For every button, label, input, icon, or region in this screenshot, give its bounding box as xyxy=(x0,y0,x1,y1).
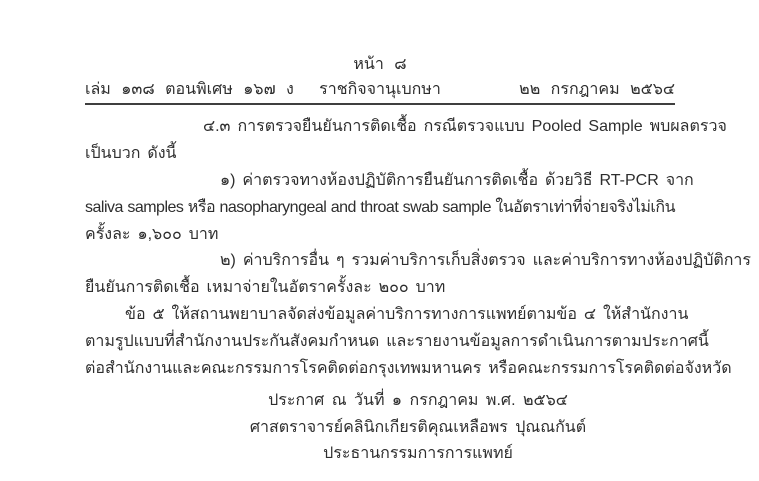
body-line: saliva samples หรือ nasopharyngeal and t… xyxy=(85,195,675,222)
announcement-date-line: ประกาศ ณ วันที่ ๑ กรกฎาคม พ.ศ. ๒๕๖๔ xyxy=(161,388,675,415)
body-line: ๔.๓ การตรวจยืนยันการติดเชื้อ กรณีตรวจแบบ… xyxy=(85,114,675,141)
gazette-header: เล่ม ๑๓๘ ตอนพิเศษ ๑๖๗ ง ราชกิจจานุเบกษา … xyxy=(85,77,675,102)
page-number: หน้า ๘ xyxy=(85,52,675,77)
signer-name: ศาสตราจารย์คลินิกเกียรติคุณเหลือพร ปุณณก… xyxy=(161,415,675,442)
body-line: ๑) ค่าตรวจทางห้องปฏิบัติการยืนยันการติดเ… xyxy=(85,168,675,195)
body-line: ตามรูปแบบที่สำนักงานประกันสังคมกำหนด และ… xyxy=(85,329,675,356)
body-line: ๒) ค่าบริการอื่น ๆ รวมค่าบริการเก็บสิ่งต… xyxy=(85,248,675,275)
publication-date: ๒๒ กรกฎาคม ๒๕๖๔ xyxy=(519,77,675,102)
document-body: ๔.๓ การตรวจยืนยันการติดเชื้อ กรณีตรวจแบบ… xyxy=(85,114,675,383)
body-line: ต่อสำนักงานและคณะกรรมการโรคติดต่อกรุงเทพ… xyxy=(85,356,675,383)
gazette-page: หน้า ๘ เล่ม ๑๓๘ ตอนพิเศษ ๑๖๗ ง ราชกิจจาน… xyxy=(0,0,759,481)
body-line: ยืนยันการติดเชื้อ เหมาจ่ายในอัตราครั้งละ… xyxy=(85,275,675,302)
body-line: เป็นบวก ดังนี้ xyxy=(85,141,675,168)
body-line: ข้อ ๕ ให้สถานพยาบาลจัดส่งข้อมูลค่าบริการ… xyxy=(85,302,675,329)
signer-title: ประธานกรรมการการแพทย์ xyxy=(161,441,675,468)
signature-block: ประกาศ ณ วันที่ ๑ กรกฎาคม พ.ศ. ๒๕๖๔ ศาสต… xyxy=(85,388,675,468)
header-rule xyxy=(85,103,675,105)
body-line: ครั้งละ ๑,๖๐๐ บาท xyxy=(85,222,675,249)
volume-info: เล่ม ๑๓๘ ตอนพิเศษ ๑๖๗ ง xyxy=(85,77,294,102)
